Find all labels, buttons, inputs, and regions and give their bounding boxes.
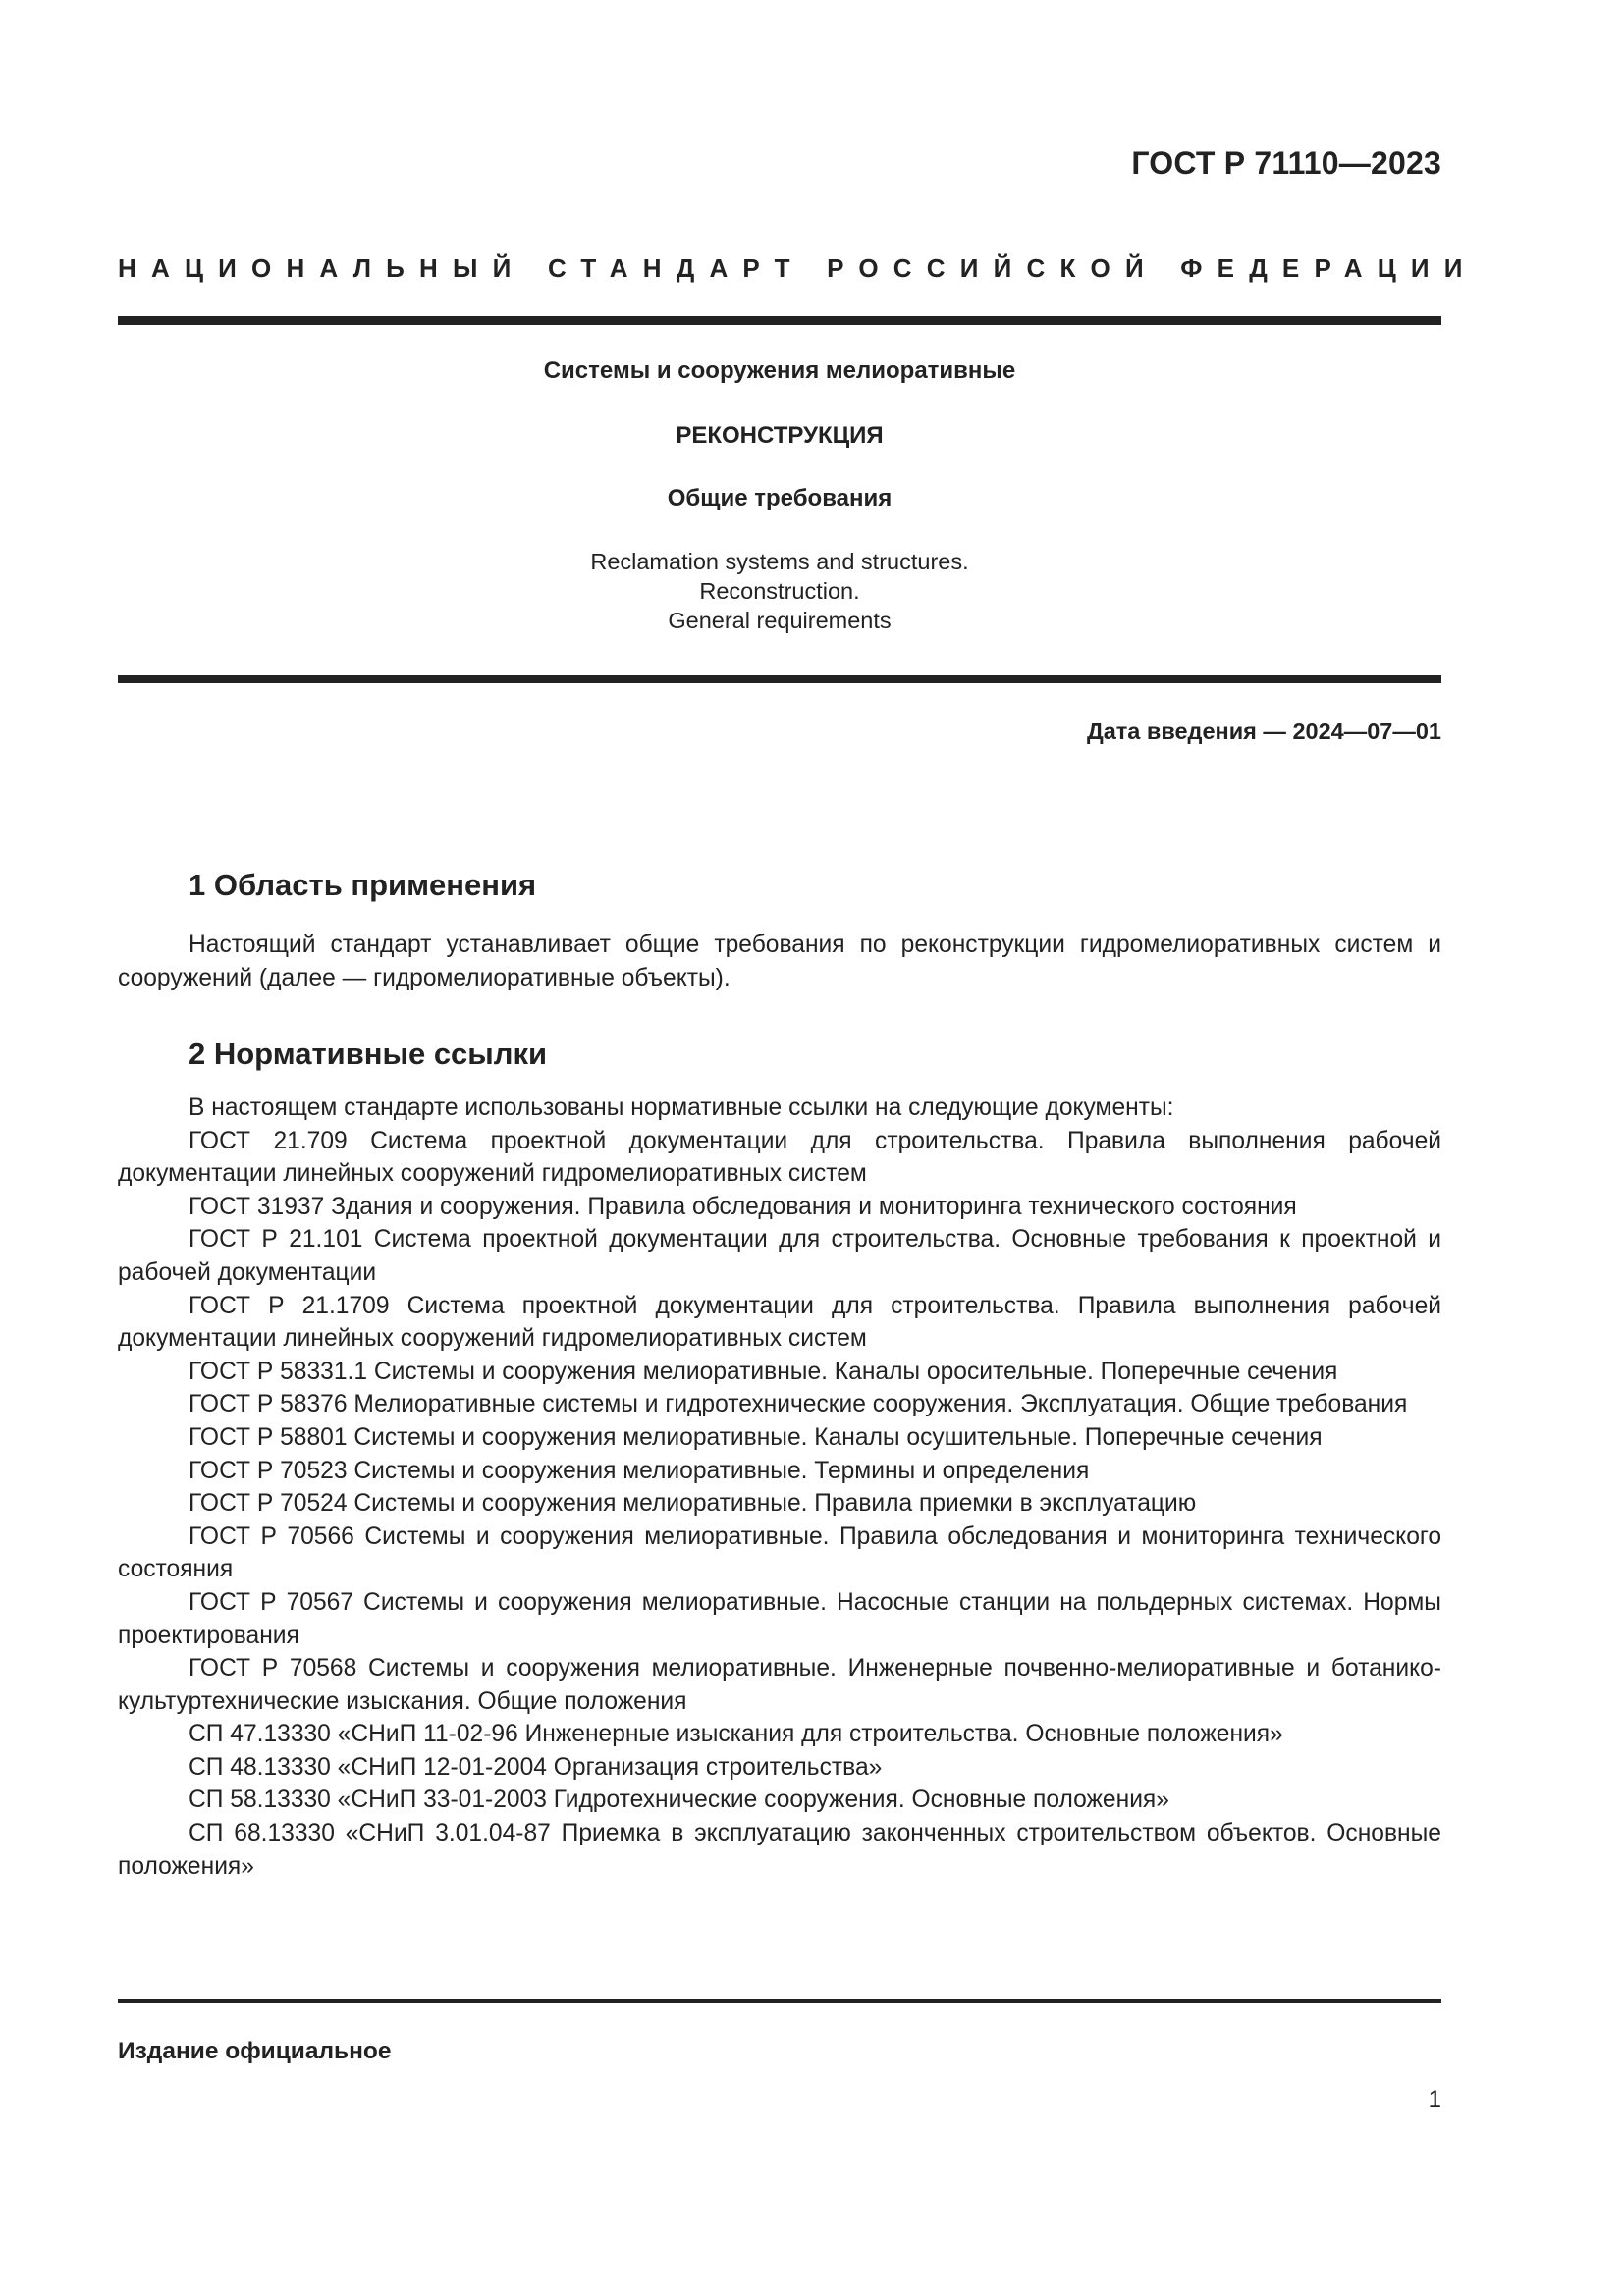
reference-item: ГОСТ 21.709 Система проектной документац… <box>118 1125 1441 1191</box>
english-title-line: Reclamation systems and structures. <box>118 547 1441 576</box>
english-title-line: General requirements <box>118 606 1441 635</box>
reference-item: ГОСТ Р 70523 Системы и сооружения мелиор… <box>118 1455 1441 1488</box>
reference-item: СП 58.13330 «СНиП 33-01-2003 Гидротехнич… <box>118 1784 1441 1817</box>
english-title: Reclamation systems and structures. Reco… <box>118 547 1441 635</box>
footer-divider <box>118 1999 1441 2003</box>
page-number: 1 <box>1429 2086 1441 2113</box>
effective-date: Дата введения — 2024—07—01 <box>1087 719 1441 745</box>
reference-item: ГОСТ Р 70566 Системы и сооружения мелиор… <box>118 1521 1441 1586</box>
official-edition-label: Издание официальное <box>118 2038 391 2065</box>
section-heading-scope: 1 Область применения <box>189 868 536 903</box>
reference-item: СП 48.13330 «СНиП 12-01-2004 Организация… <box>118 1751 1441 1785</box>
paragraph: Настоящий стандарт устанавливает общие т… <box>118 929 1441 994</box>
section-body-normative-references: В настоящем стандарте использованы норма… <box>118 1092 1441 1883</box>
national-standard-banner: НАЦИОНАЛЬНЫЙ СТАНДАРТ РОССИЙСКОЙ ФЕДЕРАЦ… <box>118 253 1441 284</box>
reference-item: ГОСТ Р 21.101 Система проектной документ… <box>118 1223 1441 1289</box>
title-line-general-requirements: Общие требования <box>118 485 1441 512</box>
title-line-reconstruction: РЕКОНСТРУКЦИЯ <box>118 422 1441 450</box>
paragraph: В настоящем стандарте использованы норма… <box>118 1092 1441 1125</box>
document-code: ГОСТ Р 71110—2023 <box>1131 145 1441 182</box>
reference-item: СП 47.13330 «СНиП 11-02-96 Инженерные из… <box>118 1718 1441 1751</box>
reference-item: ГОСТ Р 70567 Системы и сооружения мелиор… <box>118 1586 1441 1652</box>
section-body-scope: Настоящий стандарт устанавливает общие т… <box>118 929 1441 994</box>
reference-item: ГОСТ 31937 Здания и сооружения. Правила … <box>118 1191 1441 1224</box>
reference-item: ГОСТ Р 21.1709 Система проектной докумен… <box>118 1290 1441 1356</box>
title-divider <box>118 675 1441 683</box>
section-heading-normative-references: 2 Нормативные ссылки <box>189 1037 547 1072</box>
reference-item: ГОСТ Р 70524 Системы и сооружения мелиор… <box>118 1487 1441 1521</box>
reference-item: ГОСТ Р 58376 Мелиоративные системы и гид… <box>118 1388 1441 1421</box>
reference-item: ГОСТ Р 70568 Системы и сооружения мелиор… <box>118 1652 1441 1718</box>
title-line-systems: Системы и сооружения мелиоративные <box>118 357 1441 385</box>
reference-item: СП 68.13330 «СНиП 3.01.04-87 Приемка в э… <box>118 1817 1441 1883</box>
english-title-line: Reconstruction. <box>118 576 1441 606</box>
reference-item: ГОСТ Р 58801 Системы и сооружения мелиор… <box>118 1421 1441 1455</box>
top-divider <box>118 316 1441 325</box>
reference-item: ГОСТ Р 58331.1 Системы и сооружения мели… <box>118 1356 1441 1389</box>
